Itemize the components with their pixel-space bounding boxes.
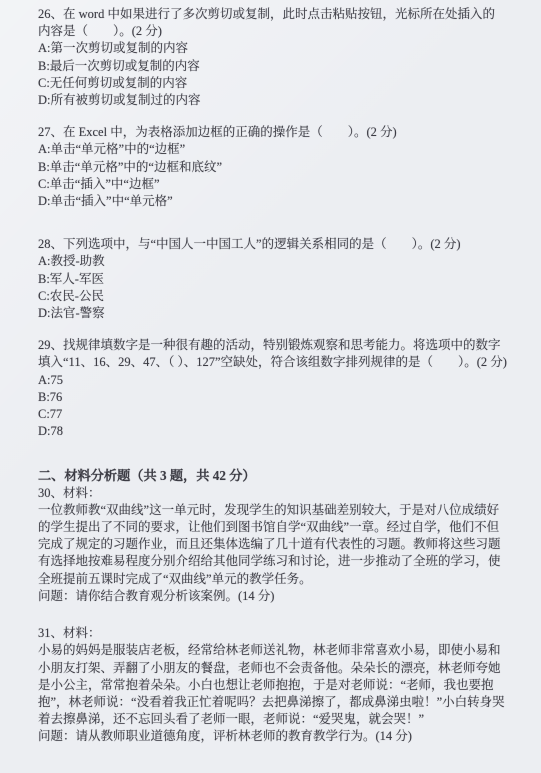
question-28-option-d: D:法官-警察 [38, 305, 507, 322]
question-26-stem: 26、在 word 中如果进行了多次剪切或复制，此时点击粘贴按钮，光标所在处插入… [38, 6, 507, 40]
material-30-question: 问题：请你结合教育观分析该案例。(14 分) [38, 588, 507, 605]
question-29-option-c: C:77 [38, 406, 507, 423]
question-27-option-a: A:单击“单元格”中的“边框” [38, 141, 507, 158]
material-31-body: 小易的妈妈是服装店老板，经常给林老师送礼物，林老师非常喜欢小易，即使小易和小朋友… [38, 642, 507, 728]
material-30-label: 30、材料： [38, 485, 507, 502]
question-29: 29、找规律填数字是一种很有趣的活动，特别锻炼观察和思考能力。将选项中的数字填入… [38, 337, 507, 440]
question-27-option-b: B:单击“单元格”中的“边框和底纹” [38, 159, 507, 176]
question-29-option-b: B:76 [38, 389, 507, 406]
question-26-option-d: D:所有被剪切或复制过的内容 [38, 92, 507, 109]
question-28-option-a: A:教授-助教 [38, 253, 507, 270]
question-26-option-b: B:最后一次剪切或复制的内容 [38, 58, 507, 75]
question-26: 26、在 word 中如果进行了多次剪切或复制，此时点击粘贴按钮，光标所在处插入… [38, 6, 507, 109]
question-29-option-a: A:75 [38, 372, 507, 389]
question-28-option-b: B:军人-军医 [38, 271, 507, 288]
exam-page: 26、在 word 中如果进行了多次剪切或复制，此时点击粘贴按钮，光标所在处插入… [0, 0, 541, 773]
section-title: 二、材料分析题（共 3 题，共 42 分） [38, 467, 507, 484]
material-30-body: 一位教师教“双曲线”这一单元时，发现学生的知识基础差别较大，于是对八位成绩好的学… [38, 502, 507, 588]
material-question-30: 30、材料： 一位教师教“双曲线”这一单元时，发现学生的知识基础差别较大，于是对… [38, 485, 507, 605]
question-27-option-d: D:单击“插入”中“单元格” [38, 193, 507, 210]
question-26-option-a: A:第一次剪切或复制的内容 [38, 40, 507, 57]
question-27-option-c: C:单击“插入”中“边框” [38, 176, 507, 193]
question-28: 28、下列选项中，与“中国人一中国工人”的逻辑关系相同的是（ ）。(2 分) A… [38, 236, 507, 322]
question-29-option-d: D:78 [38, 423, 507, 440]
question-26-option-c: C:无任何剪切或复制的内容 [38, 75, 507, 92]
question-29-stem: 29、找规律填数字是一种很有趣的活动，特别锻炼观察和思考能力。将选项中的数字填入… [38, 337, 507, 371]
question-28-stem: 28、下列选项中，与“中国人一中国工人”的逻辑关系相同的是（ ）。(2 分) [38, 236, 507, 253]
material-31-question: 问题：请从教师职业道德角度，评析林老师的教育教学行为。(14 分) [38, 728, 507, 745]
question-27-stem: 27、在 Excel 中，为表格添加边框的正确的操作是（ ）。(2 分) [38, 124, 507, 141]
material-31-label: 31、材料： [38, 625, 507, 642]
question-28-option-c: C:农民-公民 [38, 288, 507, 305]
question-27: 27、在 Excel 中，为表格添加边框的正确的操作是（ ）。(2 分) A:单… [38, 124, 507, 210]
material-question-31: 31、材料： 小易的妈妈是服装店老板，经常给林老师送礼物，林老师非常喜欢小易，即… [38, 625, 507, 745]
